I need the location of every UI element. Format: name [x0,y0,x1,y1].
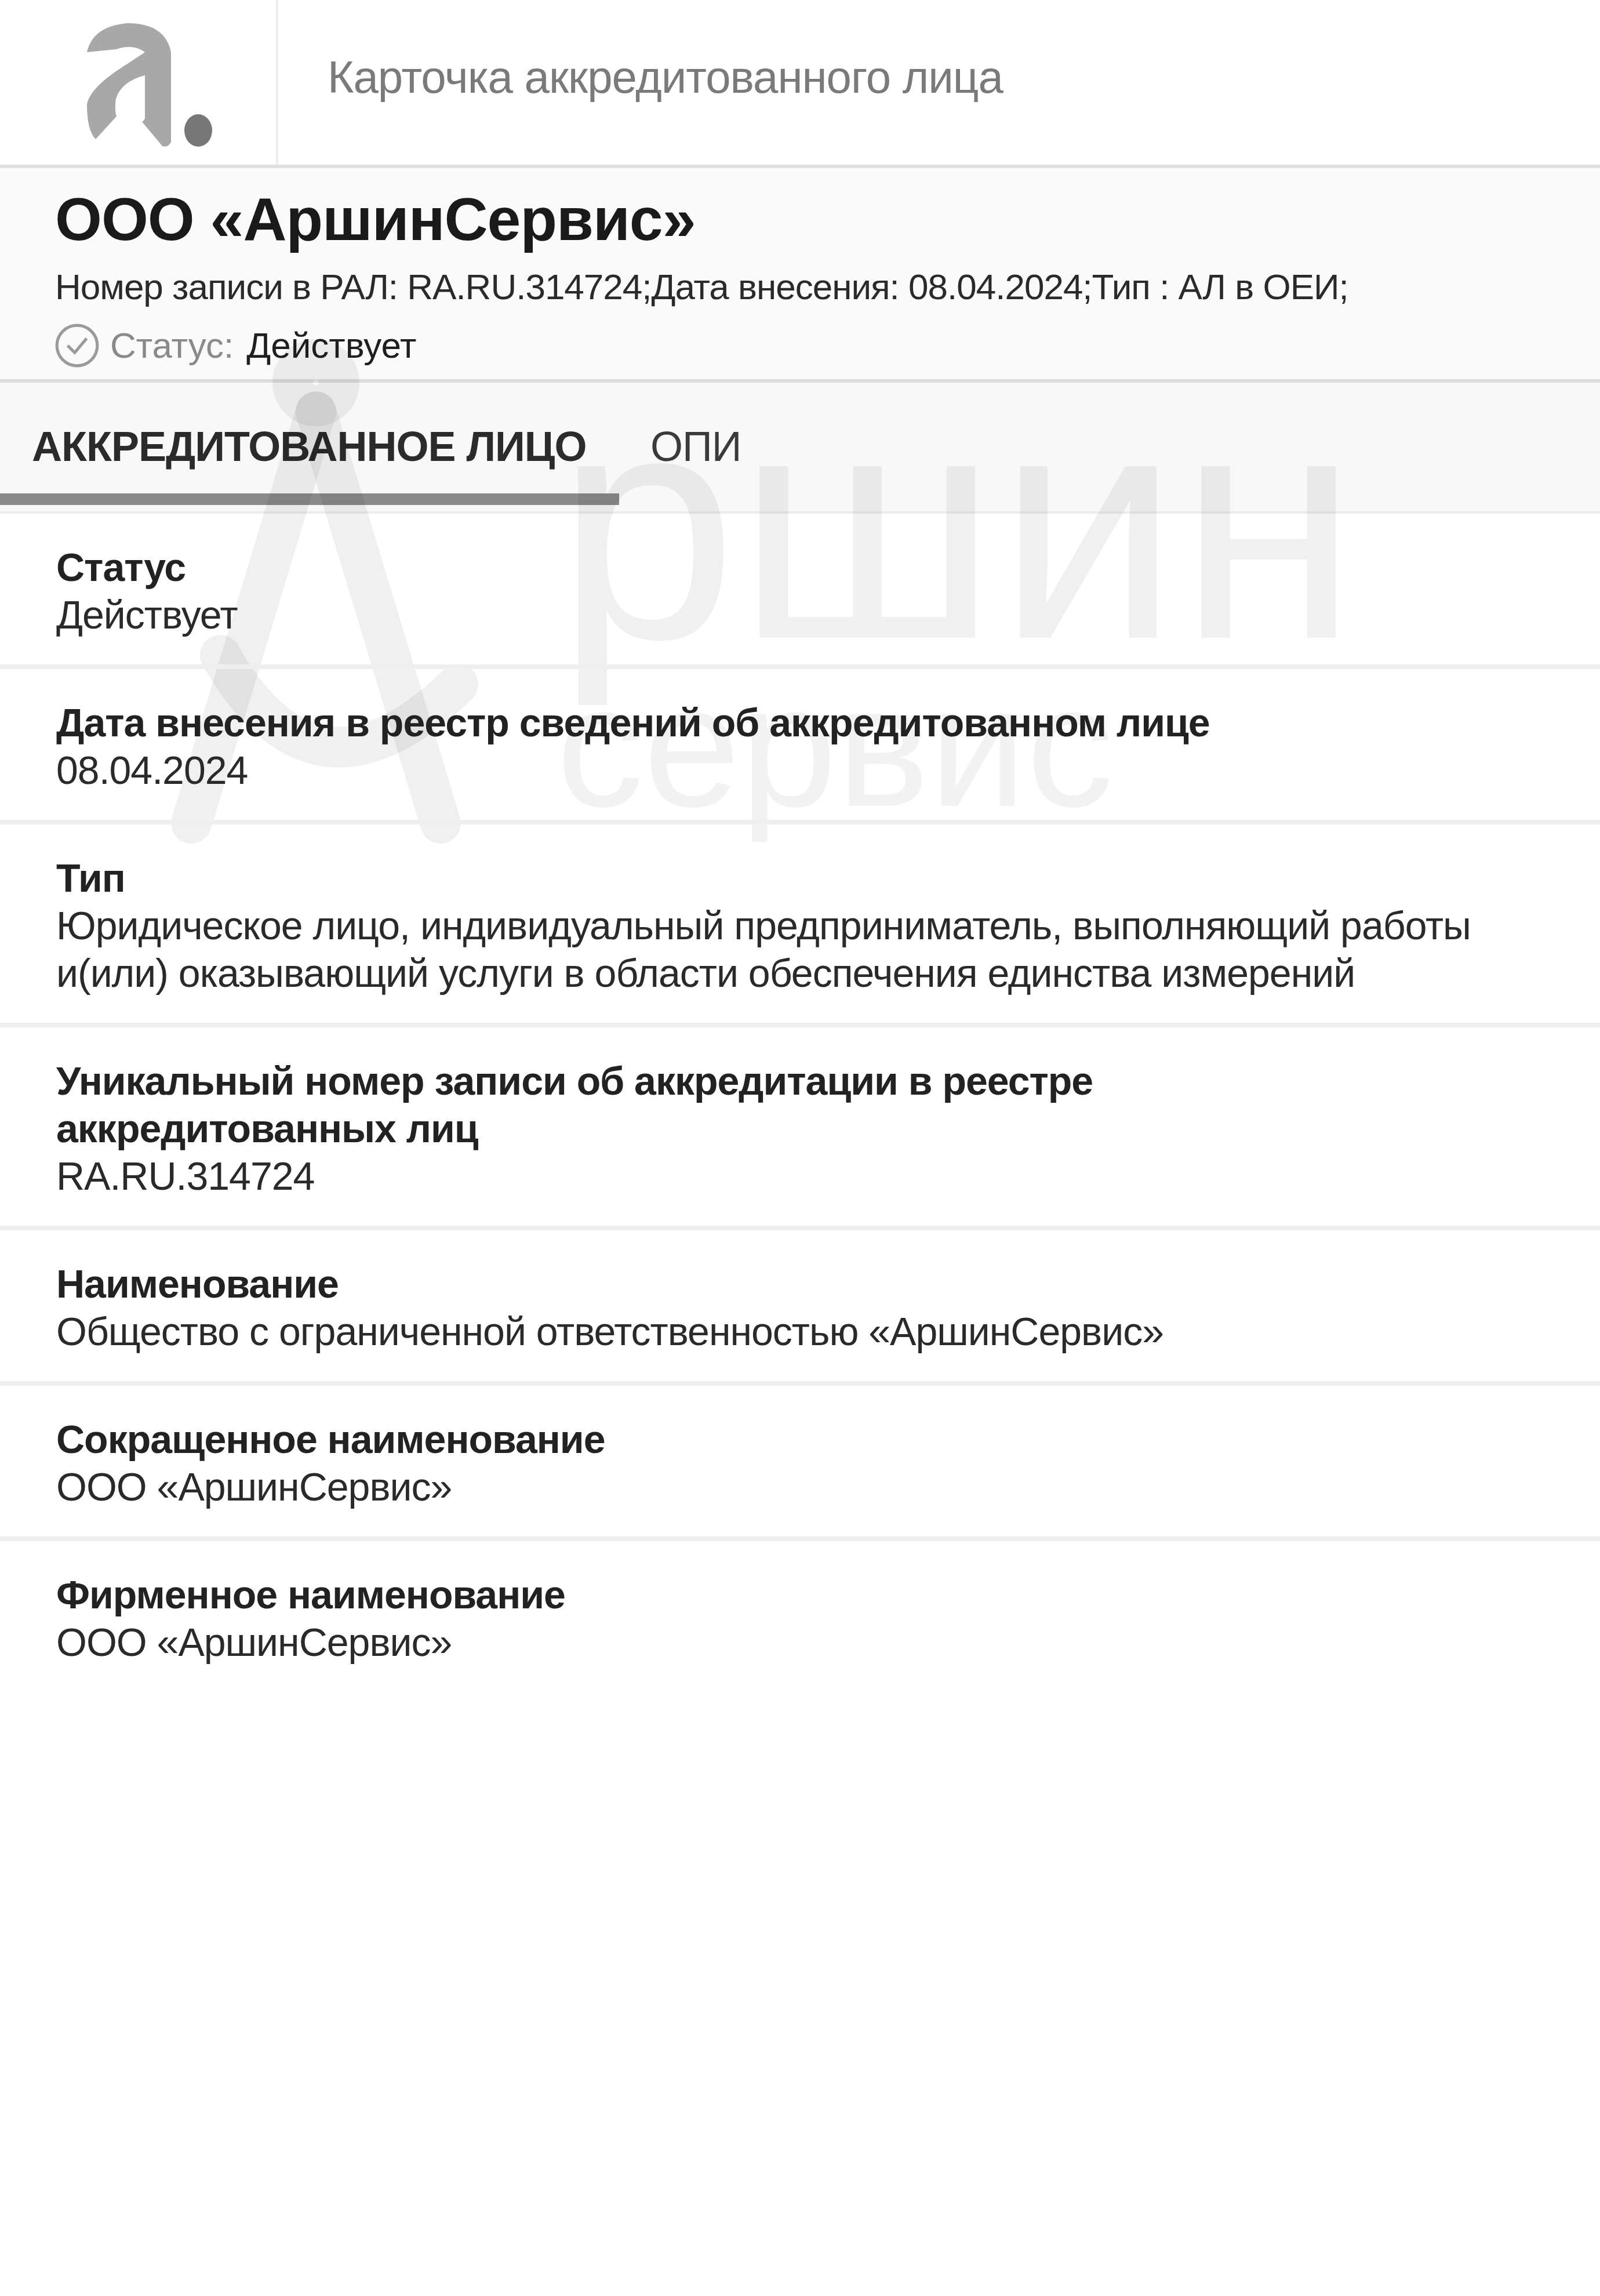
field-value: Общество с ограниченной ответственностью… [56,1308,1545,1356]
logo-cell[interactable] [0,0,278,165]
tab-opi[interactable]: ОПИ [650,423,741,471]
field-value: 08.04.2024 [56,747,1545,794]
field-registry-date: Дата внесения в реестр сведений об аккре… [0,669,1600,824]
field-label: Дата внесения в реестр сведений об аккре… [56,699,1545,747]
field-unique-number: Уникальный номер записи об аккредитации … [0,1027,1600,1230]
field-type: Тип Юридическое лицо, индивидуальный пре… [0,824,1600,1027]
field-label: Фирменное наименование [56,1571,1545,1619]
status-value: Действует [246,325,416,366]
entity-status: Статус: Действует [53,322,416,369]
check-circle-icon [53,322,101,369]
entity-name: ООО «АршинСервис» [55,186,696,255]
field-label: Сокращенное наименование [56,1416,1545,1463]
tab-accredited-person[interactable]: АККРЕДИТОВАННОЕ ЛИЦО [32,423,586,471]
tab-bar: АККРЕДИТОВАННОЕ ЛИЦО ОПИ [0,383,1600,514]
field-list: Статус Действует Дата внесения в реестр … [0,514,1600,1692]
field-status: Статус Действует [0,514,1600,669]
field-name: Наименование Общество с ограниченной отв… [0,1230,1600,1386]
field-label: Тип [56,855,1545,902]
entity-meta: Номер записи в РАЛ: RA.RU.314724;Дата вн… [55,267,1348,308]
field-label: Наименование [56,1260,1545,1308]
top-bar: Карточка аккредитованного лица [0,0,1600,168]
field-value: Юридическое лицо, индивидуальный предпри… [56,902,1545,997]
field-firm-name: Фирменное наименование ООО «АршинСервис» [0,1541,1600,1692]
page-title: Карточка аккредитованного лица [328,51,1003,104]
status-label: Статус: [110,325,234,366]
active-tab-indicator [0,493,619,505]
arshin-a-logo-icon [64,17,226,151]
field-value: Действует [56,591,1545,639]
field-value: ООО «АршинСервис» [56,1619,1545,1666]
field-value: RA.RU.314724 [56,1153,1545,1200]
field-label: Уникальный номер записи об аккредитации … [56,1058,1274,1153]
entity-header: ООО «АршинСервис» Номер записи в РАЛ: RA… [0,168,1600,383]
field-label: Статус [56,544,1545,591]
field-short-name: Сокращенное наименование ООО «АршинСерви… [0,1386,1600,1541]
field-value: ООО «АршинСервис» [56,1463,1545,1511]
